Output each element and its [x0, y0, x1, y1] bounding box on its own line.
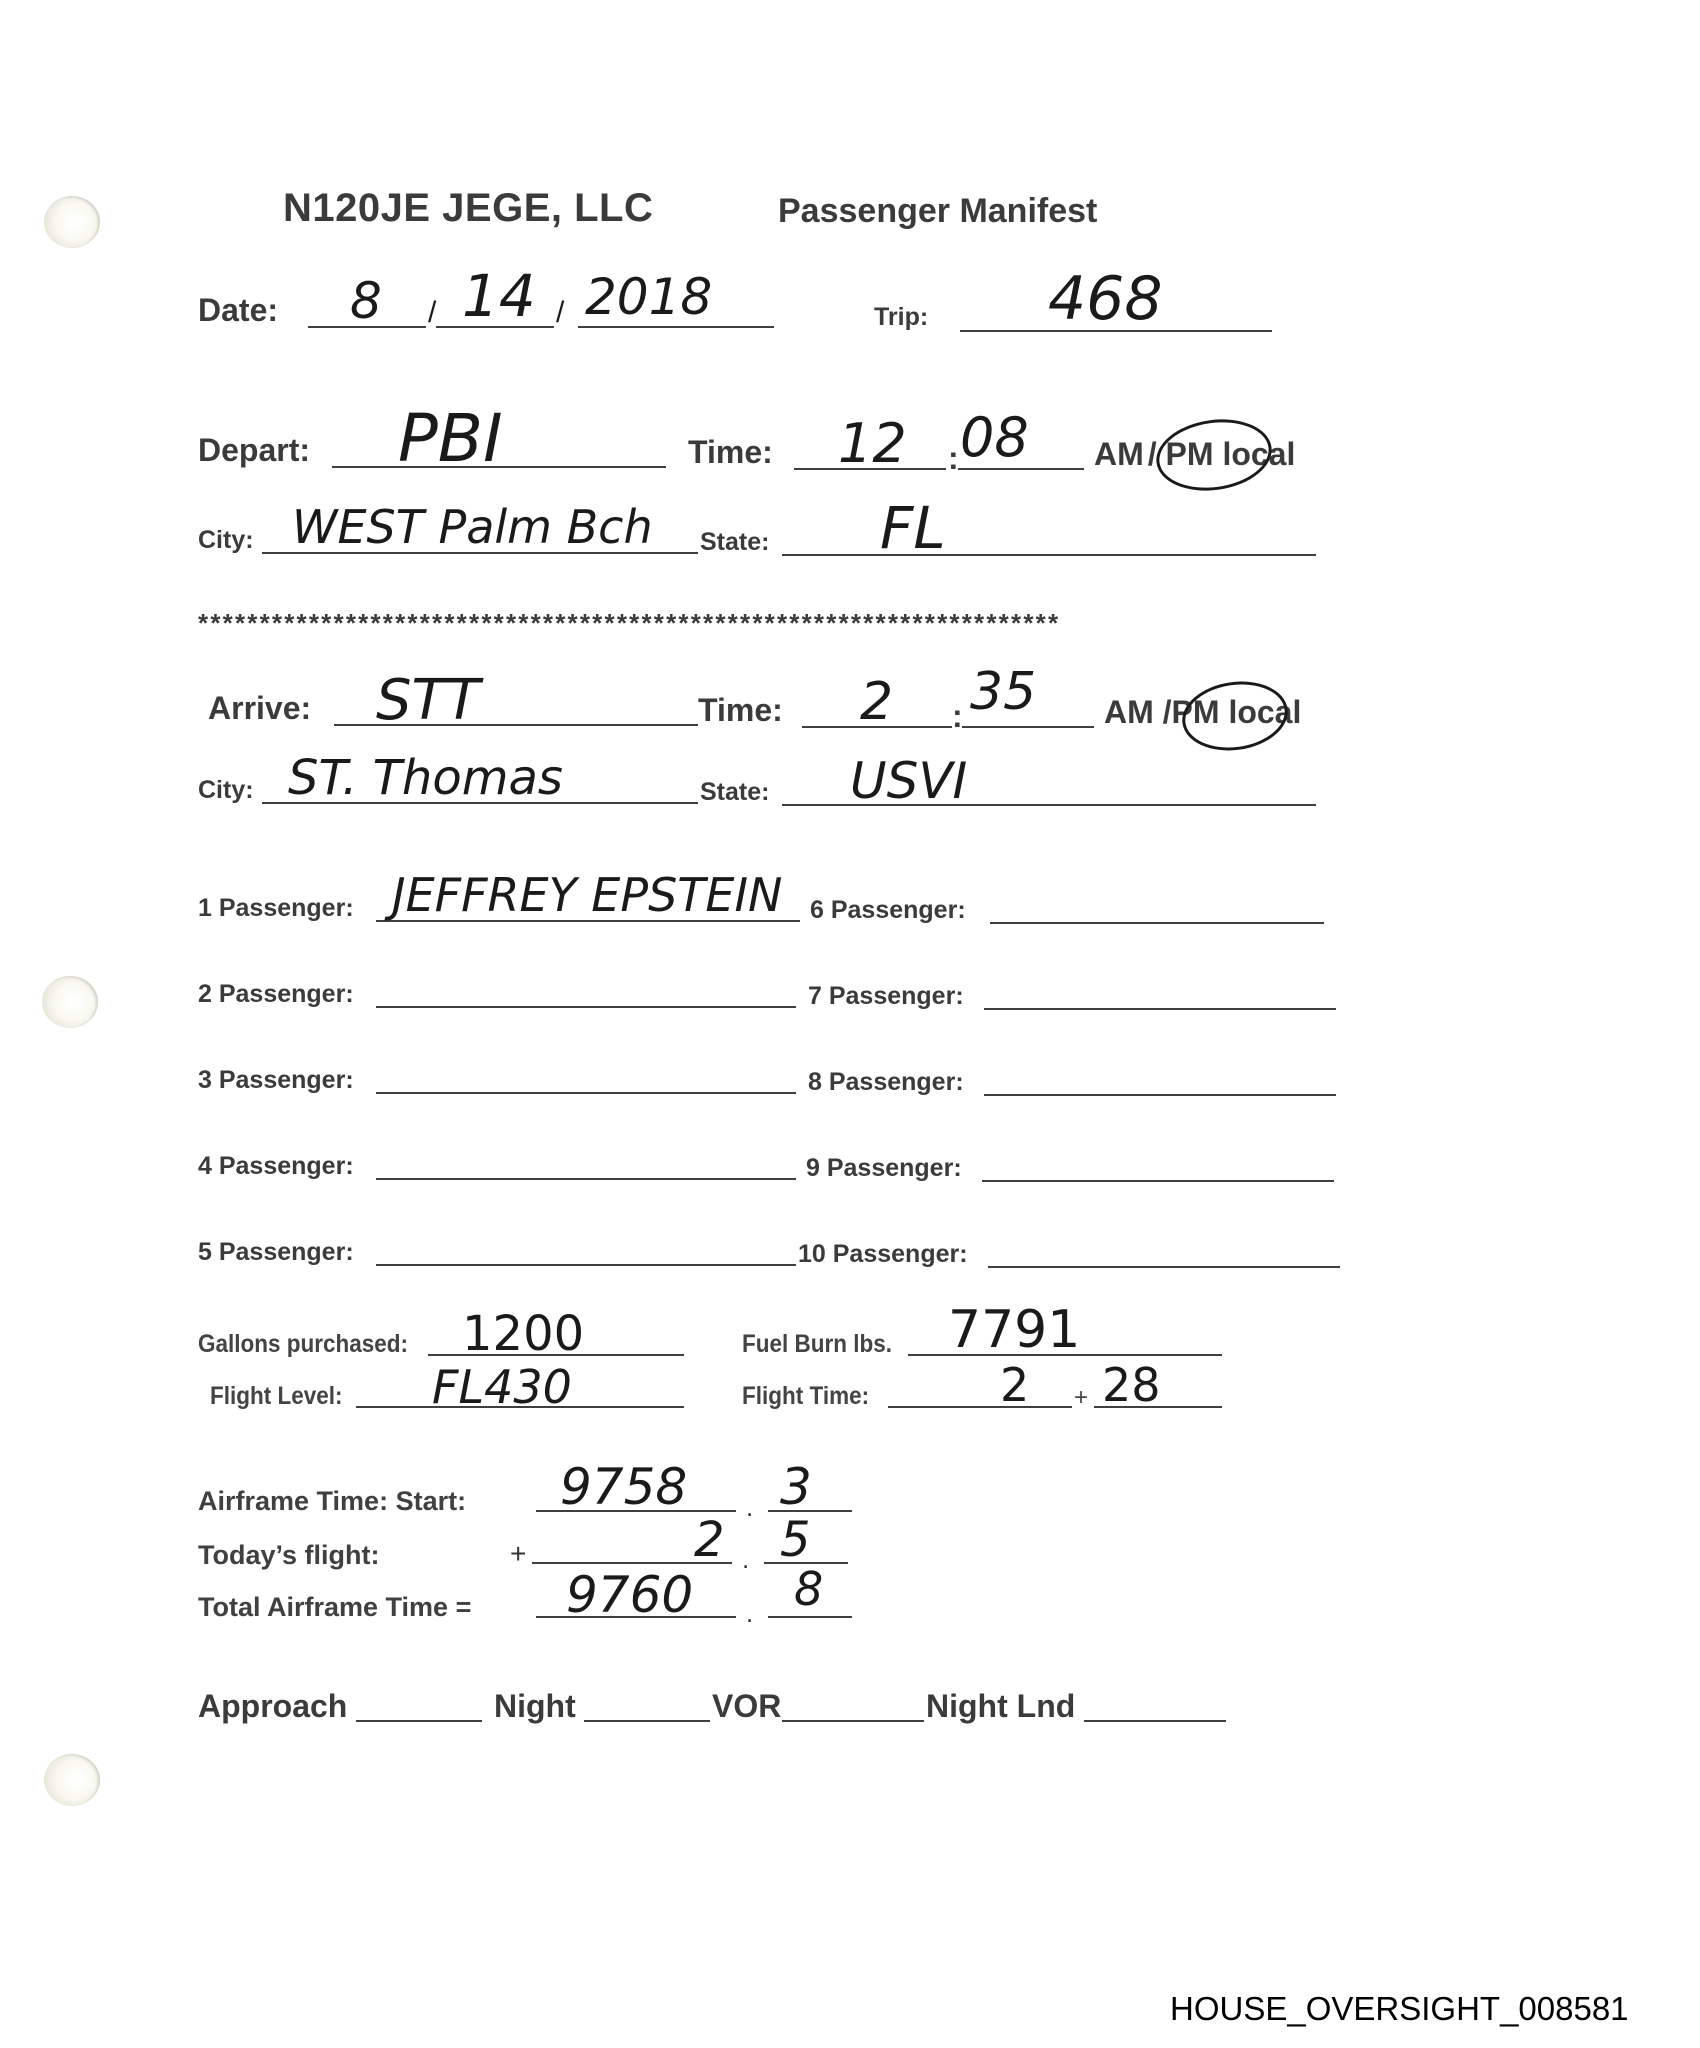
night-lnd-label: Night Lnd: [926, 1688, 1075, 1725]
passenger-3-line[interactable]: [376, 1092, 796, 1094]
vor-line[interactable]: [782, 1720, 924, 1722]
depart-state-line: [782, 554, 1316, 556]
depart-pm-circle: [1152, 412, 1277, 497]
binder-hole-bottom: [44, 1754, 100, 1806]
arrive-state-label: State:: [700, 778, 769, 807]
bates-number: HOUSE_OVERSIGHT_008581: [1170, 1990, 1629, 2028]
flight-level-value[interactable]: FL430: [432, 1360, 572, 1414]
todays-flight-tenth-value[interactable]: 5: [780, 1512, 811, 1568]
vor-label: VOR: [712, 1688, 781, 1725]
approach-label: Approach: [198, 1688, 347, 1725]
passenger-8-label: 8 Passenger:: [808, 1068, 964, 1097]
total-airframe-dot: .: [746, 1598, 753, 1629]
todays-flight-label: Today’s flight:: [198, 1540, 380, 1571]
airframe-start-dot: .: [746, 1492, 753, 1523]
date-year-value[interactable]: 2018: [585, 268, 712, 326]
gallons-label: Gallons purchased:: [198, 1330, 408, 1359]
passenger-5-label: 5 Passenger:: [198, 1238, 354, 1267]
depart-airport-value[interactable]: PBI: [398, 400, 503, 477]
arrive-state-value[interactable]: USVI: [850, 752, 967, 810]
flight-level-label: Flight Level:: [210, 1382, 343, 1411]
date-label: Date:: [198, 292, 278, 329]
flight-time-plus: +: [1074, 1384, 1088, 1412]
todays-flight-dot: .: [742, 1544, 749, 1575]
depart-state-value[interactable]: FL: [880, 494, 946, 562]
arrive-slash: /: [1163, 694, 1172, 730]
company-name: N120JE JEGE, LLC: [283, 186, 653, 231]
arrive-city-label: City:: [198, 776, 254, 805]
depart-time-colon: :: [948, 440, 959, 477]
passenger-7-line[interactable]: [984, 1008, 1336, 1010]
total-airframe-tenth-value[interactable]: 8: [794, 1562, 823, 1616]
depart-time-label: Time:: [688, 434, 773, 471]
depart-city-value[interactable]: WEST Palm Bch: [292, 500, 653, 554]
night-label: Night: [494, 1688, 576, 1725]
passenger-9-line[interactable]: [982, 1180, 1334, 1182]
arrive-label: Arrive:: [208, 690, 311, 727]
flight-time-hours-line: [888, 1406, 1072, 1408]
passenger-1-label: 1 Passenger:: [198, 894, 354, 923]
arrive-minute-line: [962, 726, 1094, 728]
arrive-am[interactable]: AM: [1104, 694, 1154, 730]
todays-flight-plus: +: [510, 1538, 526, 1570]
passenger-3-label: 3 Passenger:: [198, 1066, 354, 1095]
depart-state-label: State:: [700, 528, 769, 557]
gallons-value[interactable]: 1200: [462, 1306, 584, 1362]
passenger-6-label: 6 Passenger:: [810, 896, 966, 925]
fuel-burn-value[interactable]: 7791: [948, 1300, 1080, 1360]
airframe-start-tenth-value[interactable]: 3: [780, 1458, 812, 1516]
separator-stars: ****************************************…: [198, 608, 1060, 639]
total-airframe-label: Total Airframe Time =: [198, 1592, 471, 1623]
date-month-value[interactable]: 8: [350, 272, 382, 330]
depart-hour-value[interactable]: 12: [838, 412, 907, 475]
depart-label: Depart:: [198, 432, 310, 469]
form-title: Passenger Manifest: [778, 192, 1097, 231]
todays-flight-whole-value[interactable]: 2: [694, 1512, 725, 1568]
passenger-10-label: 10 Passenger:: [798, 1240, 968, 1269]
airframe-start-label: Airframe Time: Start:: [198, 1486, 466, 1517]
depart-city-label: City:: [198, 526, 254, 555]
arrive-time-colon: :: [952, 698, 963, 735]
passenger-5-line[interactable]: [376, 1264, 796, 1266]
depart-slash: /: [1148, 436, 1157, 472]
arrive-time-label: Time:: [698, 692, 783, 729]
passenger-4-label: 4 Passenger:: [198, 1152, 354, 1181]
night-line[interactable]: [584, 1720, 710, 1722]
trip-label: Trip:: [874, 303, 928, 332]
passenger-8-line[interactable]: [984, 1094, 1336, 1096]
trip-value[interactable]: 468: [1048, 264, 1163, 334]
passenger-7-label: 7 Passenger:: [808, 982, 964, 1011]
flight-time-minutes-value[interactable]: 28: [1102, 1358, 1161, 1412]
arrive-city-value[interactable]: ST. Thomas: [288, 750, 563, 806]
date-day-value[interactable]: 14: [462, 262, 536, 330]
date-sep-1: /: [428, 296, 436, 330]
flight-time-label: Flight Time:: [742, 1382, 869, 1411]
arrive-pm-circle: [1178, 675, 1292, 757]
passenger-6-line[interactable]: [990, 922, 1324, 924]
passenger-9-label: 9 Passenger:: [806, 1154, 962, 1183]
arrive-airport-value[interactable]: STT: [376, 668, 480, 733]
night-lnd-line[interactable]: [1084, 1720, 1226, 1722]
date-sep-2: /: [556, 296, 564, 330]
passenger-2-line[interactable]: [376, 1006, 796, 1008]
passenger-10-line[interactable]: [988, 1266, 1340, 1268]
passenger-4-line[interactable]: [376, 1178, 796, 1180]
total-airframe-whole-value[interactable]: 9760: [566, 1566, 693, 1624]
arrive-hour-value[interactable]: 2: [860, 672, 893, 732]
binder-hole-middle: [42, 976, 98, 1028]
depart-minute-value[interactable]: 08: [960, 406, 1029, 469]
arrive-minute-value[interactable]: 35: [970, 662, 1036, 722]
flight-time-hours-value[interactable]: 2: [1000, 1358, 1029, 1412]
date-year-line: [578, 326, 774, 328]
total-airframe-tenth-line: [768, 1616, 852, 1618]
fuel-burn-label: Fuel Burn lbs.: [742, 1330, 892, 1359]
passenger-1-value[interactable]: JEFFREY EPSTEIN: [392, 868, 782, 922]
binder-hole-top: [44, 196, 100, 248]
passenger-2-label: 2 Passenger:: [198, 980, 354, 1009]
depart-am[interactable]: AM: [1094, 436, 1144, 472]
airframe-start-whole-value[interactable]: 9758: [560, 1458, 687, 1516]
approach-line[interactable]: [356, 1720, 482, 1722]
